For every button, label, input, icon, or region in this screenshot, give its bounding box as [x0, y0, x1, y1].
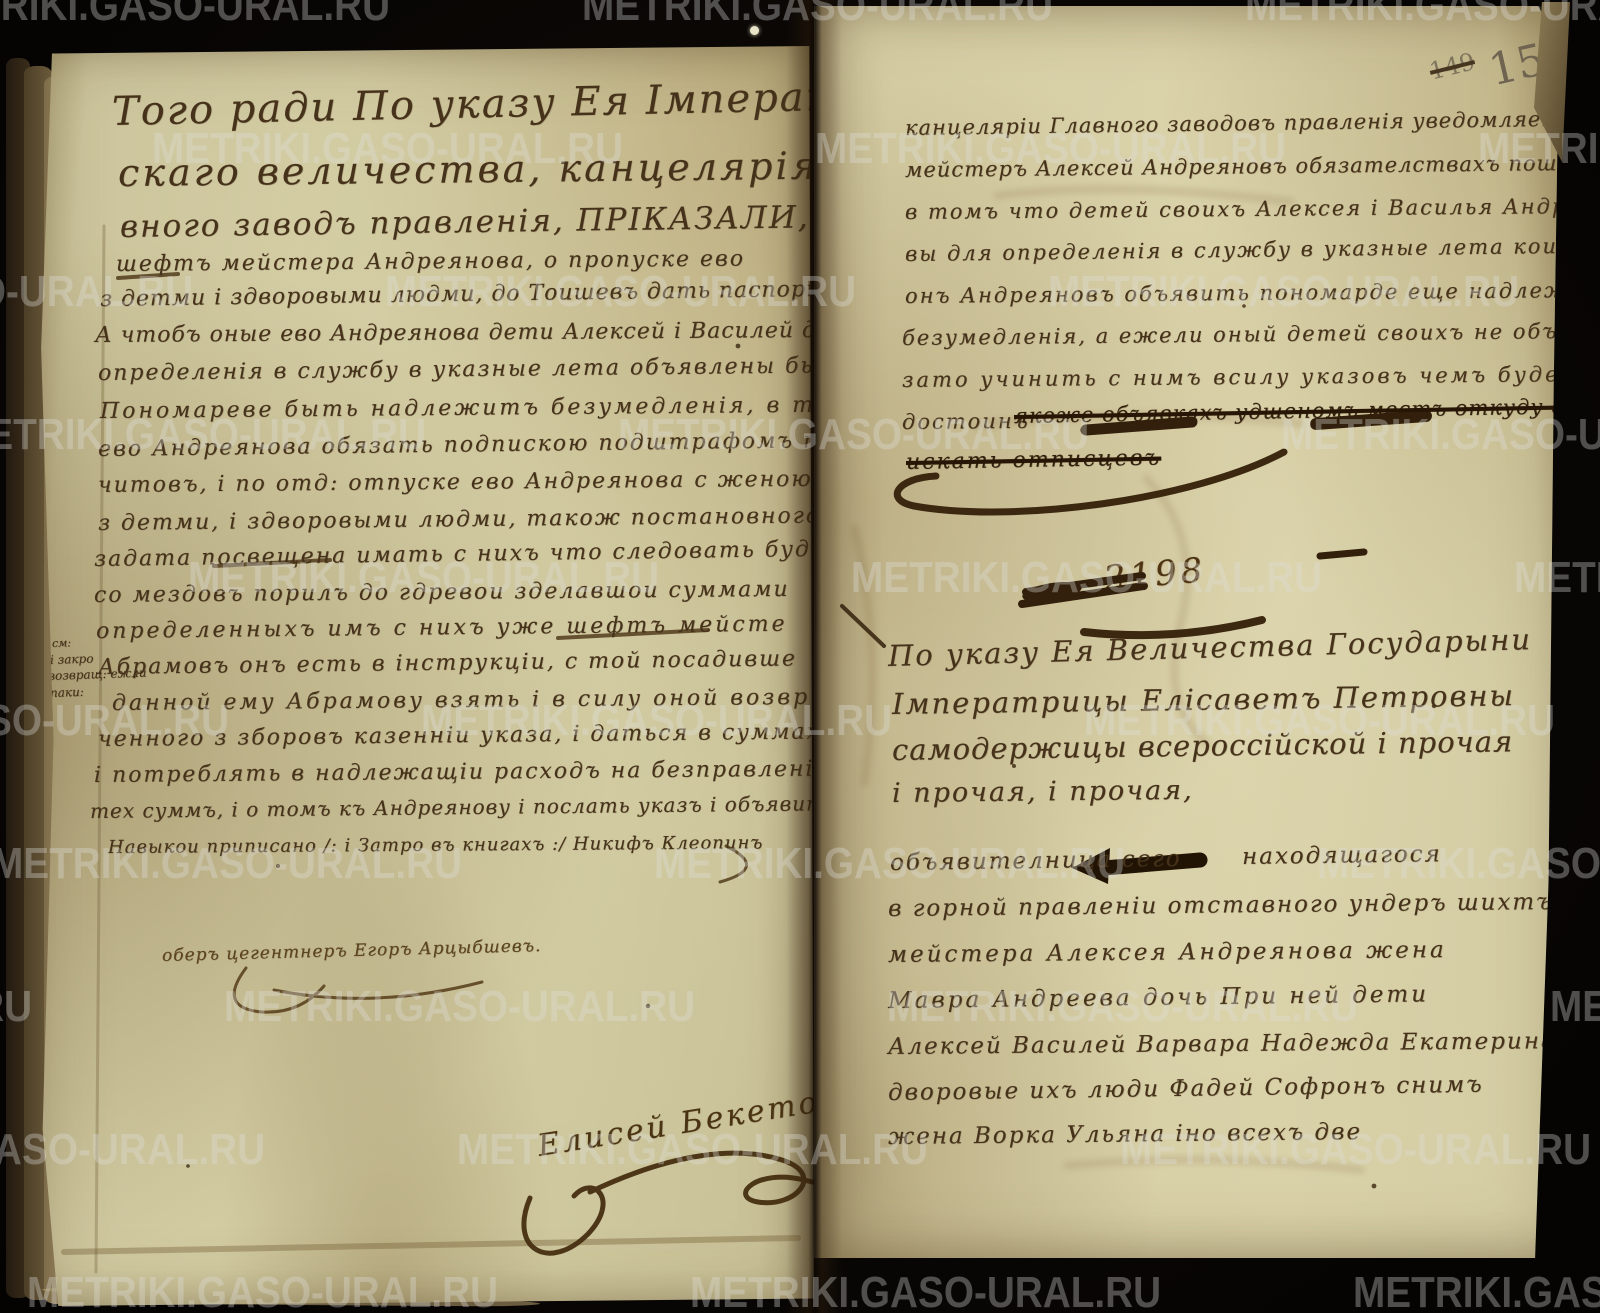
- manuscript-line: Того ради По указу Ея Імператор: [112, 76, 814, 132]
- manuscript-line: тех суммъ, і о томъ къ Андреянову і посл…: [90, 793, 814, 821]
- manuscript-line: Навыкои приписано /: і Затро въ книгахъ …: [108, 834, 763, 857]
- manuscript-line: паки:: [50, 686, 84, 699]
- left-page: Того ради По указу Ея Імператорскаго вел…: [38, 46, 814, 1306]
- book-edge-strip: [6, 58, 30, 1298]
- manuscript-line: якоже объявкахъ удшеномъ местъ откуду об…: [1014, 395, 1562, 427]
- manuscript-line: зато учинить с нимъ всилу указовъ чемъ б…: [902, 364, 1562, 391]
- watermark-text: METRIKI.GASO-URAL.RU: [0, 696, 229, 746]
- watermark-text: METRIKI.GASO-URAL.RU: [0, 839, 462, 889]
- watermark-text: METRIKI.GASO-URAL.RU: [0, 0, 390, 31]
- manuscript-line: безумедленія, а ежели оный детей своихъ …: [902, 321, 1562, 349]
- manuscript-line: мейстера Алексея Андреянова жена: [888, 939, 1447, 967]
- watermark-text: METRIKI.GASO-URAL.RU: [385, 267, 856, 317]
- manuscript-line: в томъ что детей своихъ Алексея і Василь…: [905, 196, 1562, 223]
- manuscript-line: находящагося: [1242, 843, 1442, 869]
- manuscript-line: і закро: [50, 652, 94, 666]
- manuscript-scan: Того ради По указу Ея Імператорскаго вел…: [0, 0, 1600, 1313]
- manuscript-line: со мездовъ порилъ до гдревои зделавшои с…: [94, 579, 790, 607]
- watermark-text: METRIKI.GASO-URAL.RU: [887, 982, 1358, 1032]
- manuscript-line: і потреблять в надлежащіи расходъ на без…: [94, 759, 814, 787]
- page-number: 150: [1485, 32, 1562, 94]
- document-number: 2198: [1103, 553, 1208, 596]
- watermark-text: METRIKI.GASO-URAL.RU: [851, 553, 1322, 603]
- book-edge-strip: [44, 76, 74, 1304]
- watermark-text: METRIKI.GASO-URAL.RU: [1245, 0, 1600, 31]
- manuscript-line: онъ Андреяновъ объявить пономарде еще на…: [905, 280, 1562, 307]
- manuscript-line: объявителница сего: [890, 848, 1182, 875]
- manuscript-line: оберъ цегентнеръ Егоръ Арцыбшевъ.: [162, 938, 542, 965]
- manuscript-line: определенія в службу в указные лета объя…: [98, 355, 814, 385]
- watermark-text: METRIKI.GASO-URAL.RU: [0, 410, 426, 460]
- manuscript-line: самодержицы всероссійской і прочая: [892, 727, 1514, 765]
- watermark-text: METRIKI.GASO-URAL.RU: [188, 553, 659, 603]
- watermark-text: METRIKI.GASO-URAL.RU: [690, 1268, 1161, 1313]
- manuscript-line: з детми, і здворовыми людми, також поста…: [98, 505, 814, 535]
- manuscript-line: возвращ: ежли: [48, 667, 147, 682]
- manuscript-line: А чтобъ оные ево Андреянова дети Алексей…: [95, 320, 814, 347]
- book-edge-strip: [24, 66, 52, 1300]
- manuscript-line: достоинъ: [902, 411, 1030, 433]
- book-edge-strip: [42, 1285, 682, 1300]
- manuscript-line: см:: [52, 637, 71, 649]
- manuscript-line: задата посвещена имать с нихъ что следов…: [94, 539, 814, 571]
- manuscript-line: Мавра Андреева дочь При ней дети: [888, 983, 1429, 1013]
- page-number-crossed: 149: [1427, 49, 1477, 83]
- watermark-text: METRIKI.GASO-URAL.RU: [27, 1268, 498, 1313]
- manuscript-line: мейстеръ Алексей Андреяновъ обязателства…: [905, 152, 1562, 181]
- manuscript-line: і прочая, і прочая,: [892, 777, 1194, 807]
- manuscript-line: скаго величества, канцелярія Гла: [118, 146, 814, 192]
- manuscript-line: Імператрицы Елісаветъ Петровны: [892, 681, 1515, 719]
- watermark-text: METRIKI.GASO-URAL.RU: [1514, 553, 1600, 603]
- watermark-text: METRIKI.GASO-URAL.RU: [224, 982, 695, 1032]
- watermark-text: METRIKI.GASO-URAL.RU: [152, 124, 623, 174]
- watermark-text: METRIKI.GASO-URAL.RU: [618, 410, 1089, 460]
- watermark-text: METRIKI.GASO-URAL.RU: [1478, 124, 1600, 174]
- manuscript-line: По указу Ея Величества Государыни: [888, 625, 1533, 671]
- manuscript-line: Абрамовъ онъ есть в інструкціи, с той по…: [98, 648, 797, 679]
- right-page: 149 150 2198: [814, 6, 1562, 1258]
- book-edge-strip: [60, 1297, 540, 1306]
- manuscript-line: читовъ, і по отд: отпуске ево Андреянова…: [98, 469, 813, 497]
- manuscript-line: з детми і здворовыми людми, до Тоишевъ д…: [100, 279, 814, 311]
- manuscript-line: дворовые ихъ люди Фадей Софронъ снимъ: [888, 1074, 1484, 1105]
- watermark-text: METRIKI.GASO-URAL.RU: [654, 839, 1125, 889]
- manuscript-line: вы для определенія в службу в указные ле…: [905, 236, 1562, 265]
- paper-speck: [750, 26, 759, 35]
- watermark-text: METRIKI.GASO-URAL.RU: [0, 267, 193, 317]
- manuscript-line: определенныхъ имъ с нихъ уже шефтъ мейст…: [96, 614, 788, 643]
- curled-corner: [1534, 2, 1570, 162]
- manuscript-line: вного заводъ правленія, ПРІКАЗАЛИ, уч: [120, 202, 814, 243]
- manuscript-line: данной ему Абрамову взять і в силу оной …: [112, 687, 810, 715]
- watermark-text: METRIKI.GASO-URAL.RU: [582, 0, 1053, 31]
- manuscript-line: ченного з зборовъ казенніи указа, і дать…: [98, 721, 814, 751]
- watermark-text: METRIKI.GASO-URAL.RU: [1317, 839, 1600, 889]
- manuscript-line: Елисей Бекетовъ: [536, 1081, 814, 1162]
- manuscript-line: шефтъ мейстера Андреянова, о пропуске ев…: [116, 249, 745, 276]
- left-page-ink-flourishes: [38, 46, 814, 1306]
- manuscript-line: Алексей Василей Варвара Надежда Екатерин…: [888, 1030, 1557, 1059]
- watermark-text: METRIKI.GASO-URAL.RU: [1550, 982, 1600, 1032]
- watermark-text: METRIKI.GASO-URAL.RU: [1048, 267, 1519, 317]
- watermark-text: METRIKI.GASO-URAL.RU: [457, 1125, 928, 1175]
- right-page-ink-marks: [814, 6, 1562, 1258]
- watermark-text: METRIKI.GASO-URAL.RU: [1084, 696, 1555, 746]
- watermark-text: METRIKI.GASO-URAL.RU: [421, 696, 892, 746]
- manuscript-line: Пономареве быть надлежитъ безумедленія, …: [100, 394, 814, 423]
- watermark-text: METRIKI.GASO-URAL.RU: [0, 1125, 265, 1175]
- watermark-text: METRIKI.GASO-URAL.RU: [1281, 410, 1600, 460]
- watermark-text: METRIKI.GASO-URAL.RU: [1120, 1125, 1591, 1175]
- book-gutter-shadow: [786, 0, 842, 1313]
- watermark-layer: METRIKI.GASO-URAL.RUMETRIKI.GASO-URAL.RU…: [0, 0, 1600, 1313]
- watermark-text: METRIKI.GASO-URAL.RU: [815, 124, 1286, 174]
- manuscript-line: искать отписцевъ: [906, 448, 1162, 474]
- watermark-text: METRIKI.GASO-URAL.RU: [1353, 1268, 1600, 1313]
- manuscript-line: ево Андреянова обязать подпискою подштра…: [98, 430, 814, 461]
- manuscript-line: в горной правленіи отставного ундеръ ших…: [888, 891, 1554, 921]
- watermark-text: METRIKI.GASO-URAL.RU: [0, 982, 32, 1032]
- manuscript-line: жена Ворка Ульяна іно всехъ две: [888, 1121, 1362, 1149]
- manuscript-line: канцеляріи Главного заводовъ правленія у…: [905, 109, 1562, 139]
